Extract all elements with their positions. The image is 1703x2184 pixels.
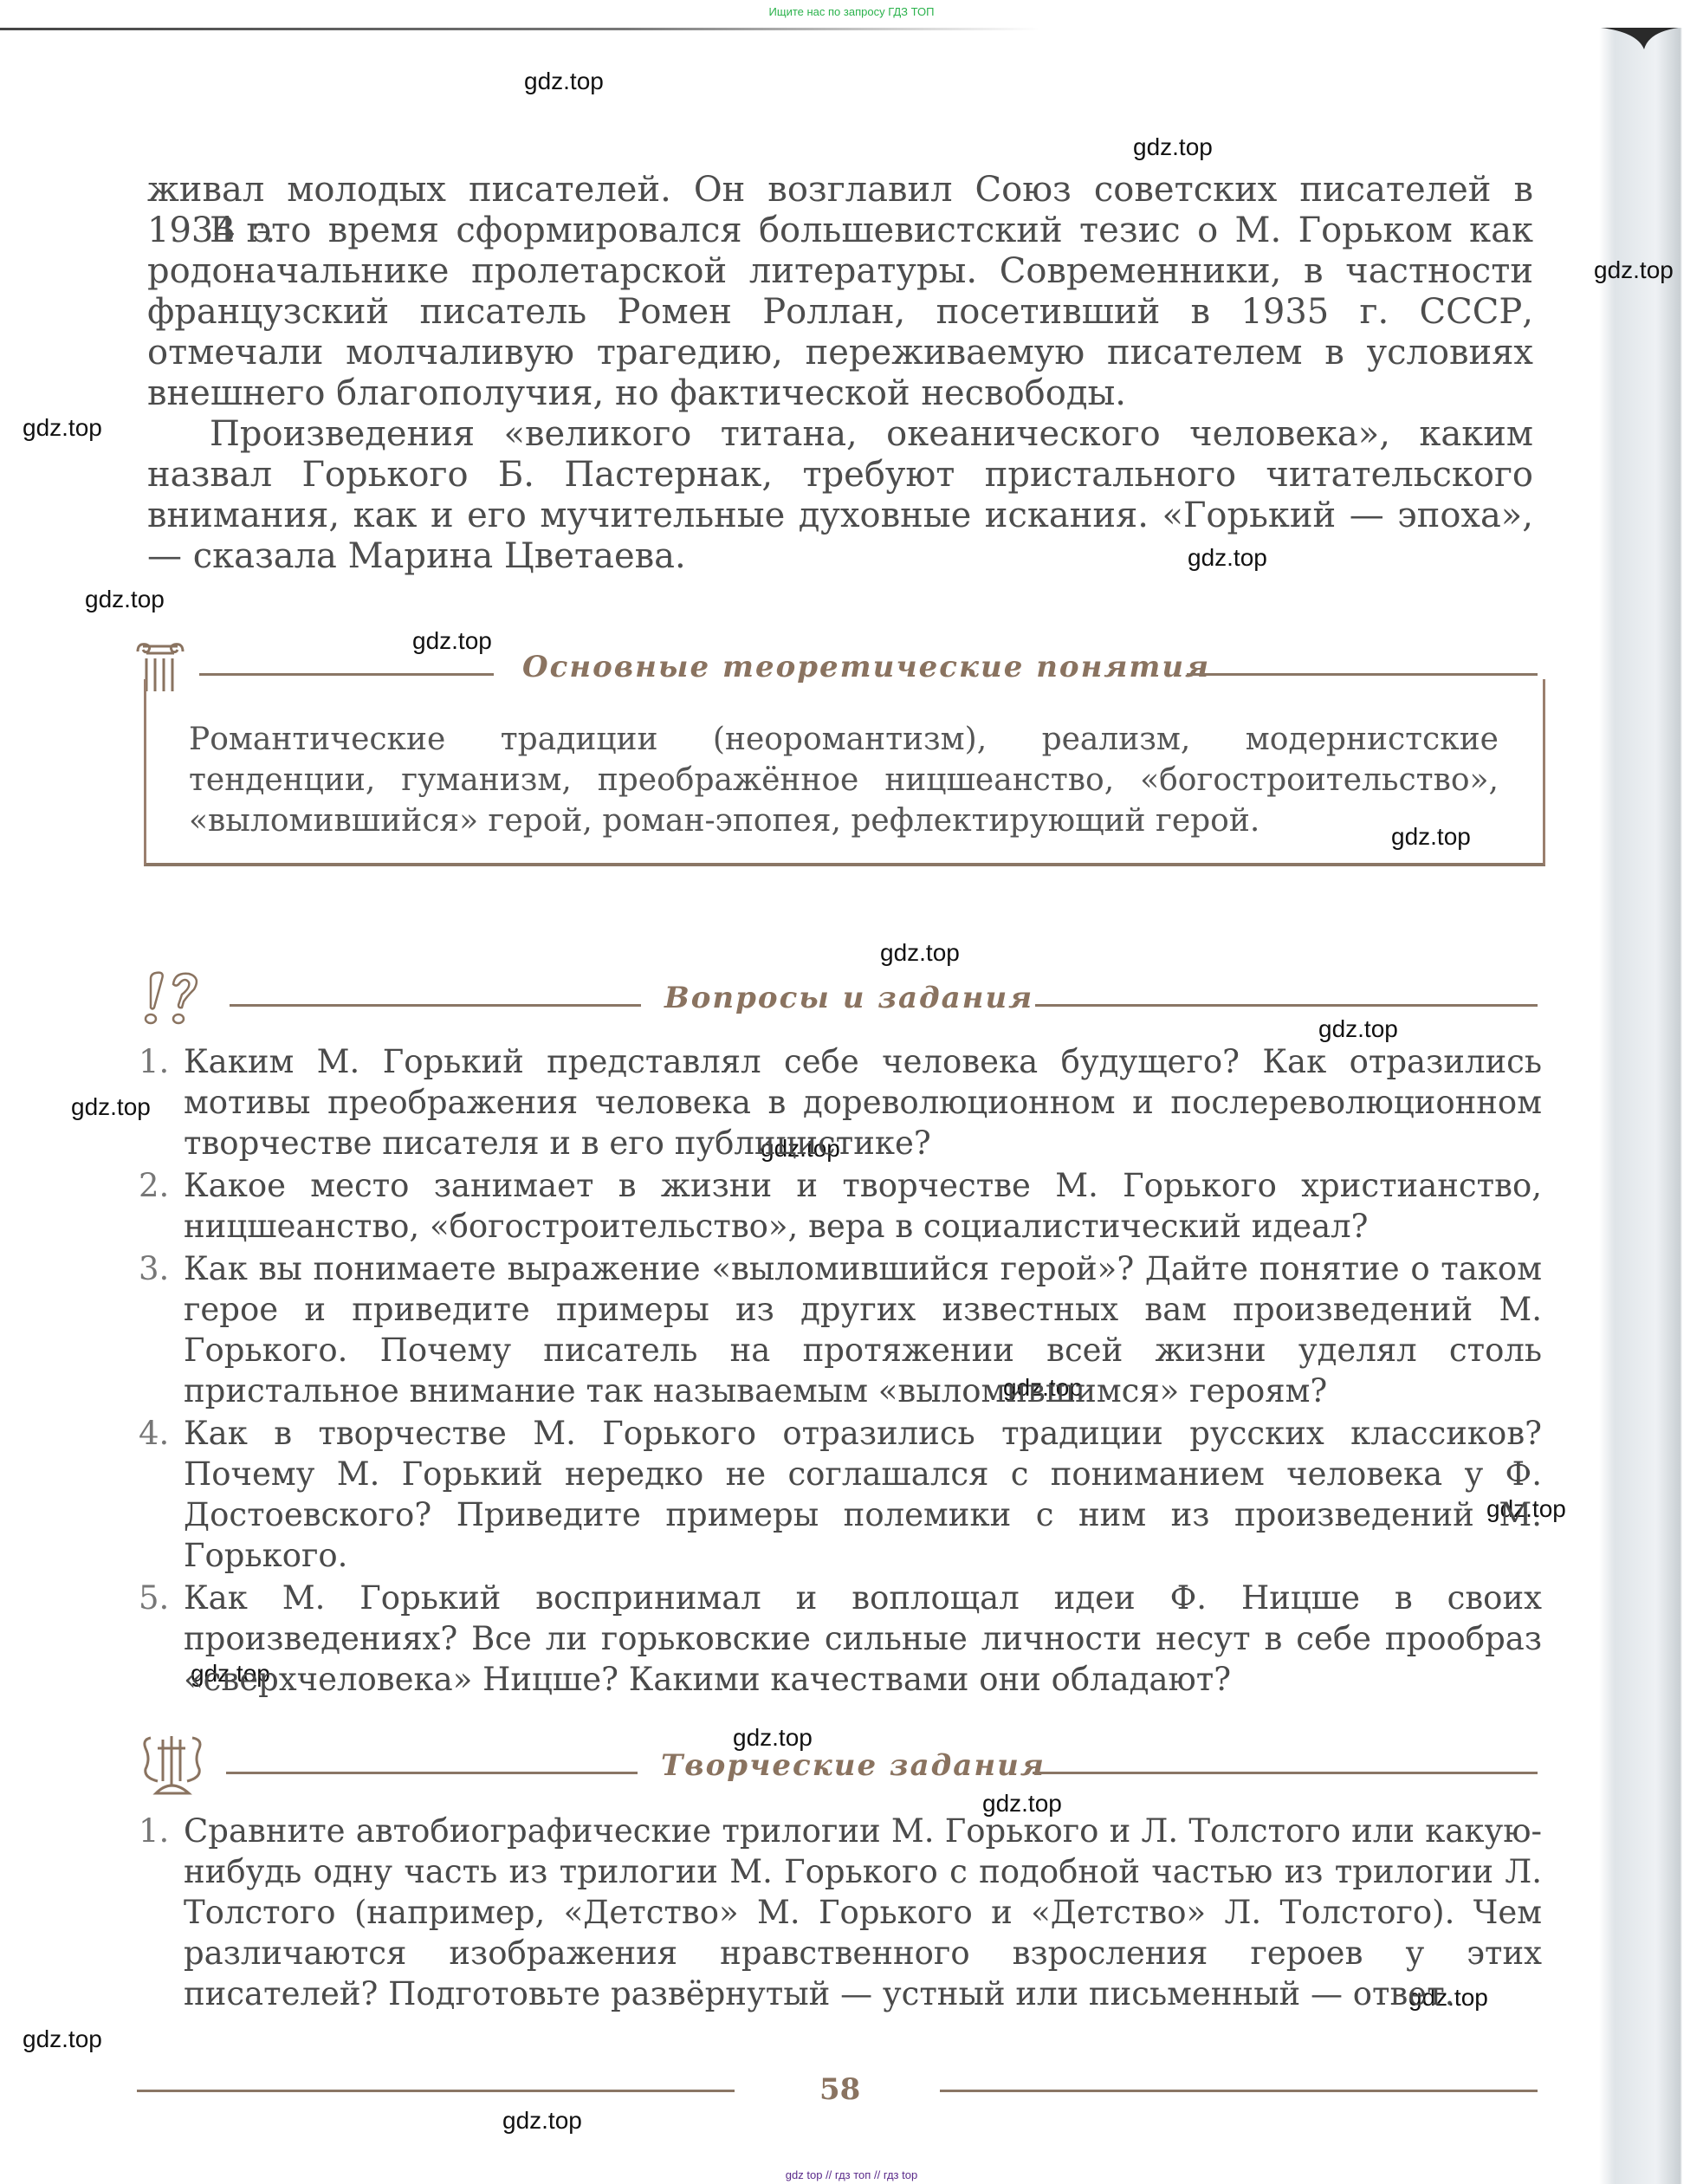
footer-rule-right xyxy=(940,2090,1538,2092)
footer-rule-left xyxy=(137,2090,735,2092)
question-item: 3.Как вы понимаете выражение «выломивший… xyxy=(139,1248,1542,1411)
lyre-icon xyxy=(139,1733,208,1802)
watermark: gdz.top xyxy=(23,2025,102,2053)
watermark: gdz.top xyxy=(1594,256,1674,284)
questions-section-header: Вопросы и задания xyxy=(134,974,1538,1034)
bottom-links: gdz top // гдз топ // гдз top xyxy=(0,2168,1703,2181)
question-item: 5.Как М. Горький воспринимал и воплощал … xyxy=(139,1578,1542,1700)
body-paragraph: В это время сформировался большевистский… xyxy=(147,211,1533,414)
watermark: gdz.top xyxy=(85,586,165,613)
watermark: gdz.top xyxy=(23,414,102,442)
exclamation-question-icon xyxy=(139,969,208,1029)
top-banner[interactable]: Ищите нас по запросу ГДЗ ТОП xyxy=(0,5,1703,18)
creative-section-header: Творческие задания xyxy=(134,1741,1538,1802)
top-rule xyxy=(0,28,1039,30)
question-item: 1.Каким М. Горький представлял себе чело… xyxy=(139,1041,1542,1163)
page-number: 58 xyxy=(819,2072,860,2107)
page-curl-shadow xyxy=(1599,28,1703,2184)
watermark: gdz.top xyxy=(880,939,960,967)
page-corner-fold xyxy=(1601,28,1679,49)
question-item: 4.Как в творчестве М. Горького отразилис… xyxy=(139,1413,1542,1576)
bottom-link[interactable]: гдз топ xyxy=(835,2168,871,2181)
watermark: gdz.top xyxy=(524,68,604,95)
separator: // xyxy=(826,2168,832,2181)
questions-title: Вопросы и задания xyxy=(664,981,1033,1015)
bottom-link[interactable]: гдз top xyxy=(884,2168,917,2181)
bottom-link[interactable]: gdz top xyxy=(786,2168,823,2181)
creative-list: 1.Сравните автобиографические трилогии М… xyxy=(139,1811,1542,2016)
body-paragraph: Произведения «великого титана, океаничес… xyxy=(147,414,1533,577)
creative-title: Творческие задания xyxy=(661,1748,1046,1783)
theory-text: Романтические традиции (неоромантизм), р… xyxy=(189,719,1499,841)
watermark: gdz.top xyxy=(1133,133,1213,161)
question-item: 2.Какое место занимает в жизни и творчес… xyxy=(139,1165,1542,1247)
watermark: gdz.top xyxy=(502,2107,582,2135)
separator: // xyxy=(874,2168,880,2181)
creative-item: 1.Сравните автобиографические трилогии М… xyxy=(139,1811,1542,2014)
questions-list: 1.Каким М. Горький представлял себе чело… xyxy=(139,1041,1542,1701)
